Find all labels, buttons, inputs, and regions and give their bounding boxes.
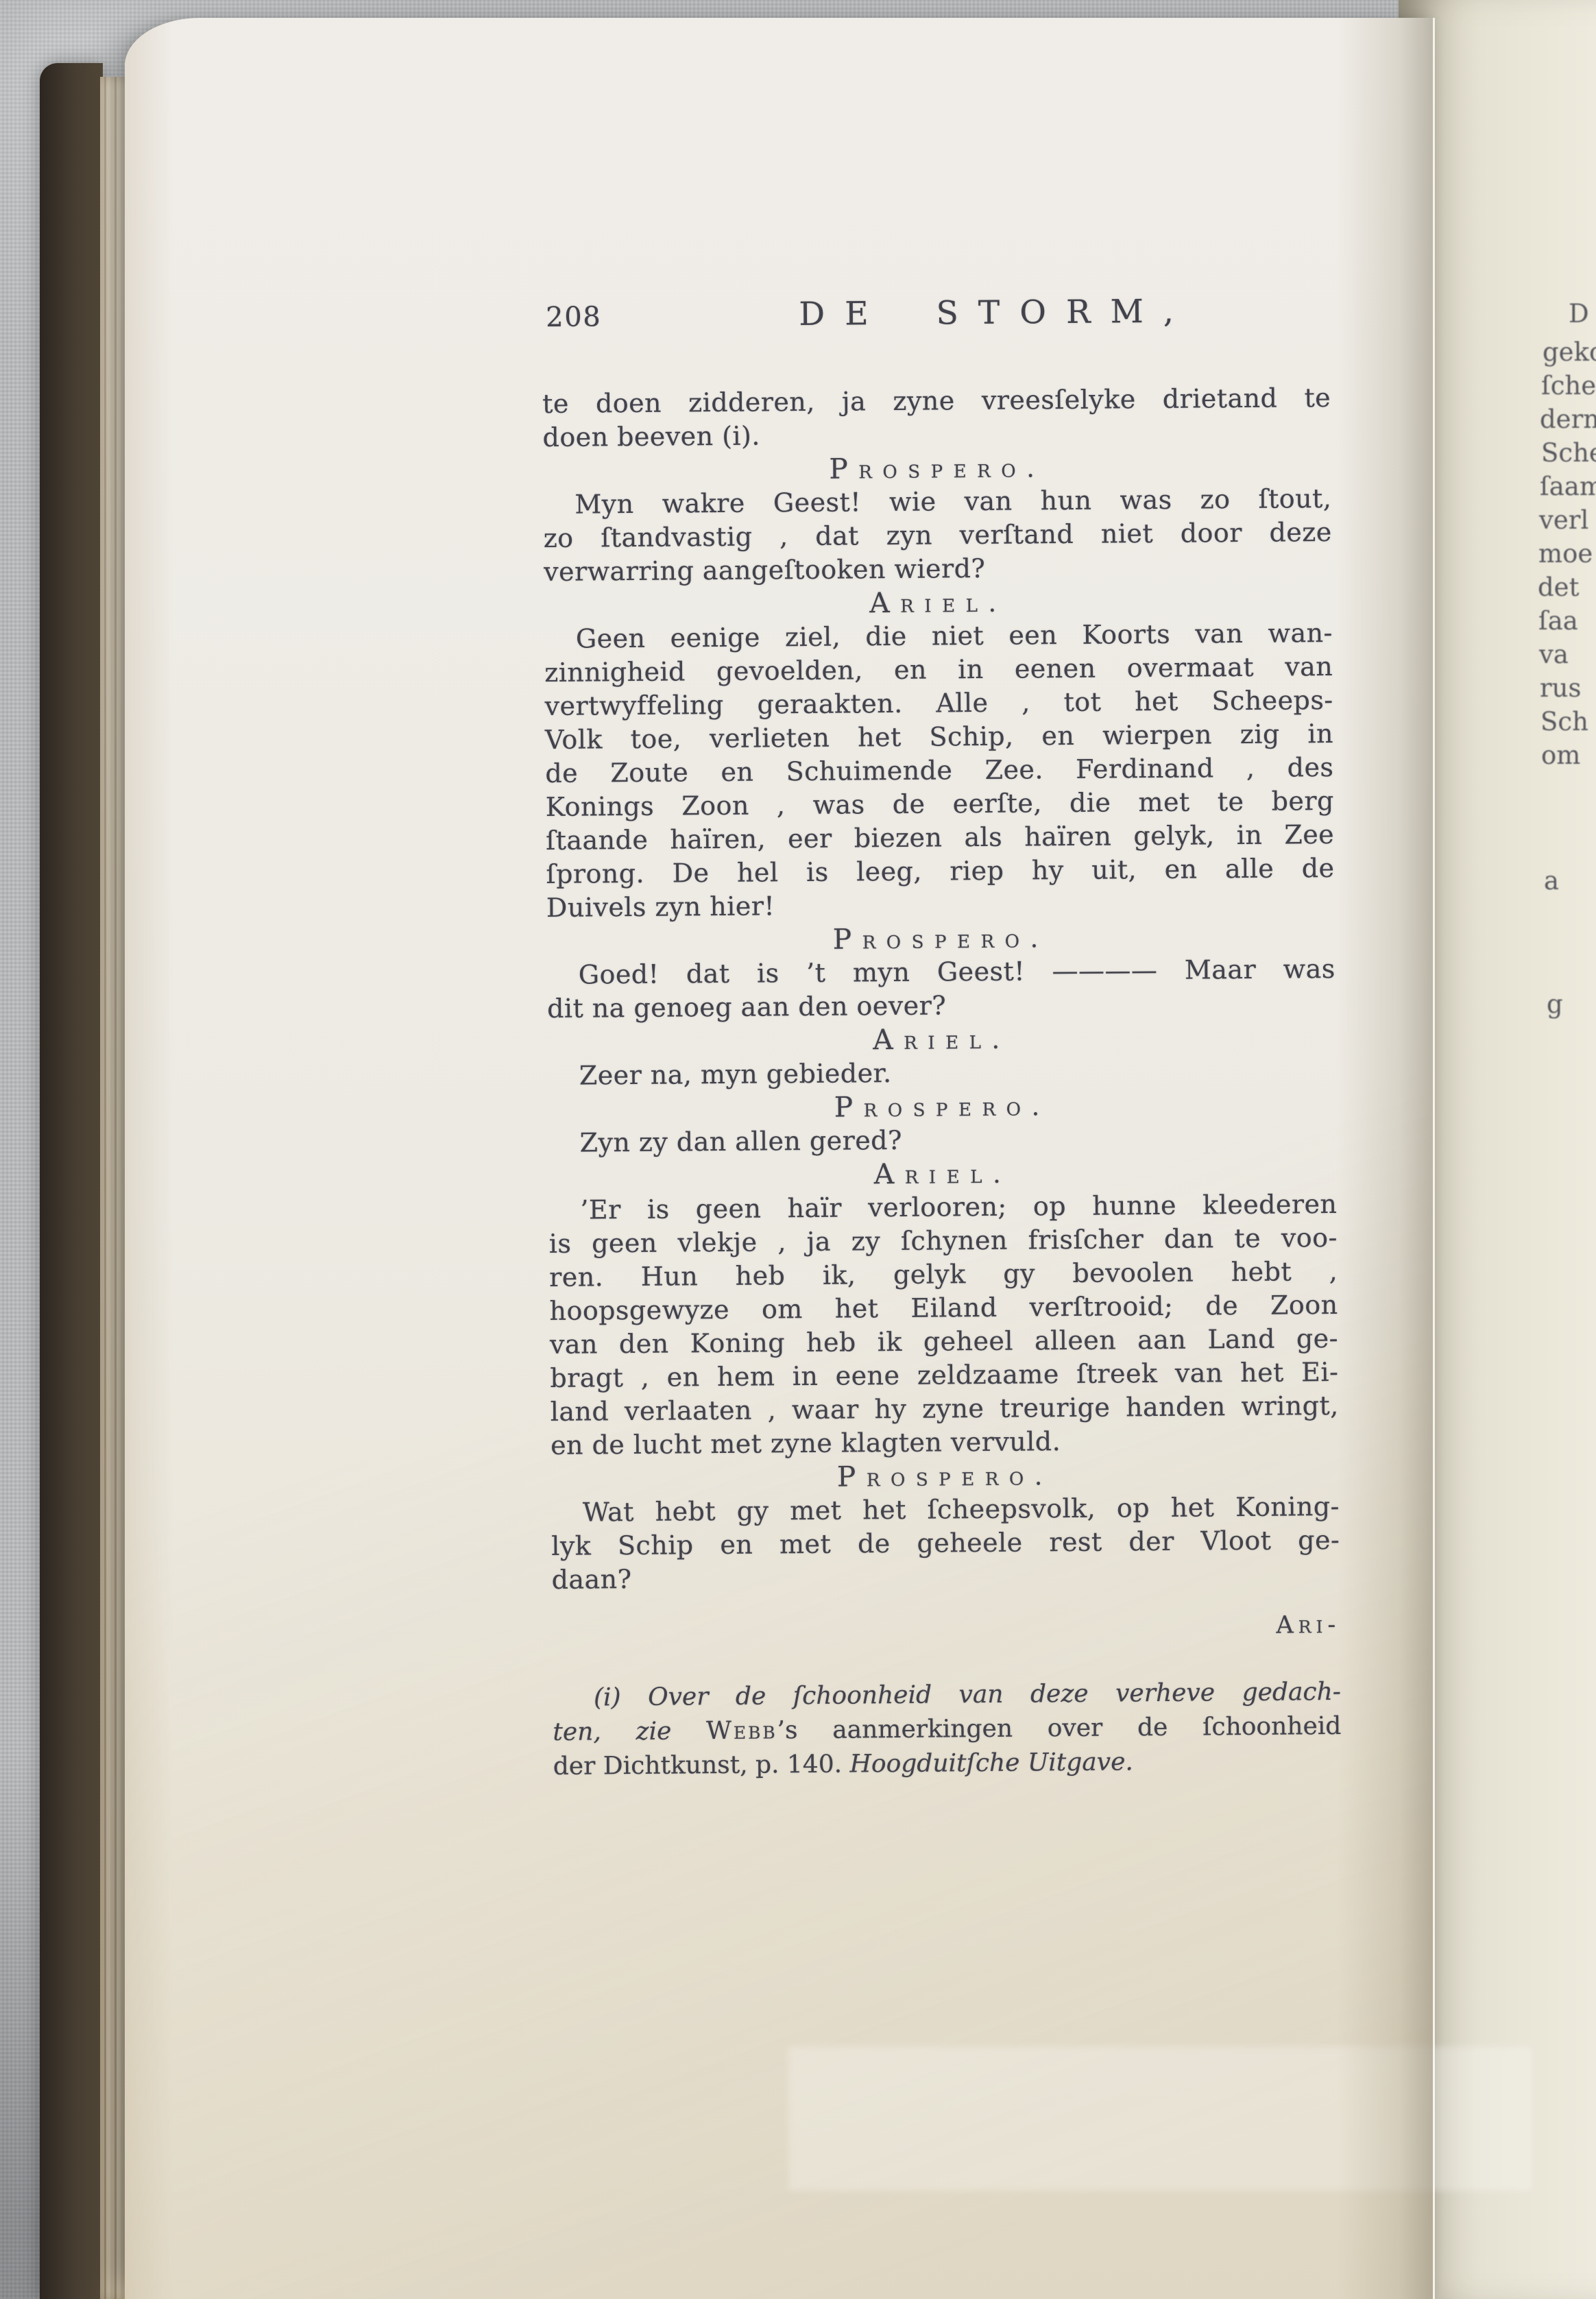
footnote-segment: ten, zie bbox=[553, 1717, 706, 1746]
text-line: ’Er is geen haïr verlooren; op hunne kle… bbox=[548, 1188, 1337, 1227]
speaker-heading: Prospero. bbox=[551, 1456, 1339, 1496]
text-line: dit na genoeg aan den oever? bbox=[547, 986, 1335, 1026]
text-line: Duivels zyn hier! bbox=[546, 885, 1335, 925]
text-line: Wat hebt gy met het ſcheepsvolk, op het … bbox=[551, 1490, 1340, 1530]
text-line: lyk Schip en met de geheele rest der Vlo… bbox=[551, 1524, 1340, 1563]
book-photo: 208 DE STORM, te doen zidderen, ja zyne … bbox=[0, 0, 1596, 2299]
footnote-segment: (i) Over de ſchoonheid van deze verheve … bbox=[594, 1678, 1341, 1712]
speaker-heading: Prospero. bbox=[543, 448, 1331, 488]
text-line: zo ſtandvastig , dat zyn verſtand niet d… bbox=[544, 516, 1332, 555]
facing-page-text-fragment: Sche bbox=[1541, 438, 1596, 468]
catchword: Ari- bbox=[1276, 1611, 1340, 1639]
text-line: Geen eenige ziel, die niet een Koorts va… bbox=[544, 616, 1333, 656]
footnote-line: ten, zie Webb’s aanmerkingen over de ſch… bbox=[553, 1709, 1341, 1750]
facing-page-text-fragment: verl bbox=[1539, 505, 1588, 535]
facing-page-text-fragment: geko bbox=[1543, 337, 1596, 367]
text-line: daan? bbox=[551, 1557, 1340, 1597]
book-page: 208 DE STORM, te doen zidderen, ja zyne … bbox=[125, 18, 1435, 2299]
facing-page-text-fragment: va bbox=[1539, 640, 1569, 669]
text-line: de Zoute en Schuimende Zee. Ferdinand , … bbox=[545, 751, 1333, 791]
text-line: Konings Zoon , was de eerſte, die met te… bbox=[546, 784, 1334, 824]
text-line: ren. Hun heb ik, gelyk gy bevoolen hebt … bbox=[549, 1255, 1338, 1295]
speaker-heading: Ariel. bbox=[548, 1154, 1337, 1194]
text-line: is geen vlekje , ja zy ſchynen frisſcher… bbox=[549, 1221, 1338, 1261]
text-line: doen beeven (i). bbox=[542, 415, 1331, 455]
speaker-heading: Prospero. bbox=[546, 919, 1335, 959]
facing-page-text-fragment: ſaam bbox=[1540, 472, 1596, 501]
footnote-segment: Hoogduitſche Uitgave. bbox=[849, 1748, 1133, 1778]
speaker-heading: Prospero. bbox=[548, 1087, 1336, 1127]
catchword-row: Ari- bbox=[552, 1609, 1340, 1648]
text-line: en de lucht met zyne klagten vervuld. bbox=[551, 1423, 1339, 1463]
speaker-heading: Ariel. bbox=[544, 583, 1332, 623]
footnote-segment: der Dichtkunst, p. 140. bbox=[553, 1750, 850, 1781]
text-line: van den Koning heb ik geheel alleen aan … bbox=[550, 1322, 1338, 1362]
text-line: land verlaaten , waar hy zyne treurige h… bbox=[551, 1389, 1339, 1429]
facing-page-text-fragment: a bbox=[1544, 866, 1559, 895]
text-line: bragt , en hem in eene zeldzaame ſtreek … bbox=[550, 1356, 1338, 1395]
facing-page-text-fragment: moe bbox=[1538, 539, 1593, 568]
footnote: (i) Over de ſchoonheid van deze verheve … bbox=[553, 1675, 1342, 1784]
page-title: DE STORM, bbox=[799, 293, 1194, 334]
book-cover-edge bbox=[40, 63, 103, 2299]
text-line: Goed! dat is ’t myn Geest! ———— Maar was bbox=[547, 952, 1335, 992]
text-line: hoopsgewyze om het Eiland verſtrooid; de… bbox=[549, 1288, 1338, 1328]
speaker-heading: Ariel. bbox=[547, 1020, 1335, 1059]
text-line: vertwyffeling geraakten. Alle , tot het … bbox=[544, 684, 1333, 723]
facing-page-text-fragment: Sch bbox=[1540, 707, 1588, 736]
text-line: verwarring aangeſtooken wierd? bbox=[544, 549, 1332, 589]
facing-page-text-fragment: ſche bbox=[1541, 371, 1596, 400]
paper-slip-shadow bbox=[788, 2047, 1532, 2191]
text-line: te doen zidderen, ja zyne vreesſelyke dr… bbox=[542, 381, 1331, 421]
facing-page-text-fragment: g bbox=[1547, 989, 1563, 1019]
footnote-line: (i) Over de ſchoonheid van deze verheve … bbox=[553, 1675, 1341, 1716]
text-line: Zeer na, myn gebieder. bbox=[548, 1053, 1336, 1093]
text-line: ſprong. De hel is leeg, riep hy uit, en … bbox=[546, 852, 1334, 891]
facing-page-text-fragment: det bbox=[1538, 573, 1579, 602]
text-line: Myn wakre Geest! wie van hun was zo ſtou… bbox=[543, 482, 1331, 522]
facing-page-text-fragment: om bbox=[1541, 741, 1580, 770]
footnote-line: der Dichtkunst, p. 140. Hoogduitſche Uit… bbox=[553, 1744, 1342, 1784]
footnote-segment: ’s aanmerkingen over de ſchoonheid bbox=[777, 1712, 1341, 1744]
facing-page-text-fragment: dern bbox=[1540, 405, 1596, 434]
text-line: Zyn zy dan allen gered? bbox=[548, 1120, 1336, 1160]
page-text-block: 208 DE STORM, te doen zidderen, ja zyne … bbox=[542, 294, 1342, 1784]
text-lines: te doen zidderen, ja zyne vreesſelyke dr… bbox=[542, 381, 1340, 1597]
page-number: 208 bbox=[546, 301, 602, 333]
text-line: zinnigheid gevoelden, en in eenen overma… bbox=[544, 650, 1333, 690]
facing-page-text-fragment: D bbox=[1569, 299, 1589, 328]
footnote-segment: Webb bbox=[706, 1716, 777, 1745]
facing-page-text-fragment: rus bbox=[1540, 673, 1582, 703]
text-line: Volk toe, verlieten het Schip, en wierpe… bbox=[545, 717, 1333, 757]
text-line: ſtaande haïren, eer biezen als haïren ge… bbox=[546, 818, 1334, 858]
facing-page-text-fragment: ſaa bbox=[1538, 606, 1578, 636]
page-header: 208 DE STORM, bbox=[542, 294, 1331, 348]
